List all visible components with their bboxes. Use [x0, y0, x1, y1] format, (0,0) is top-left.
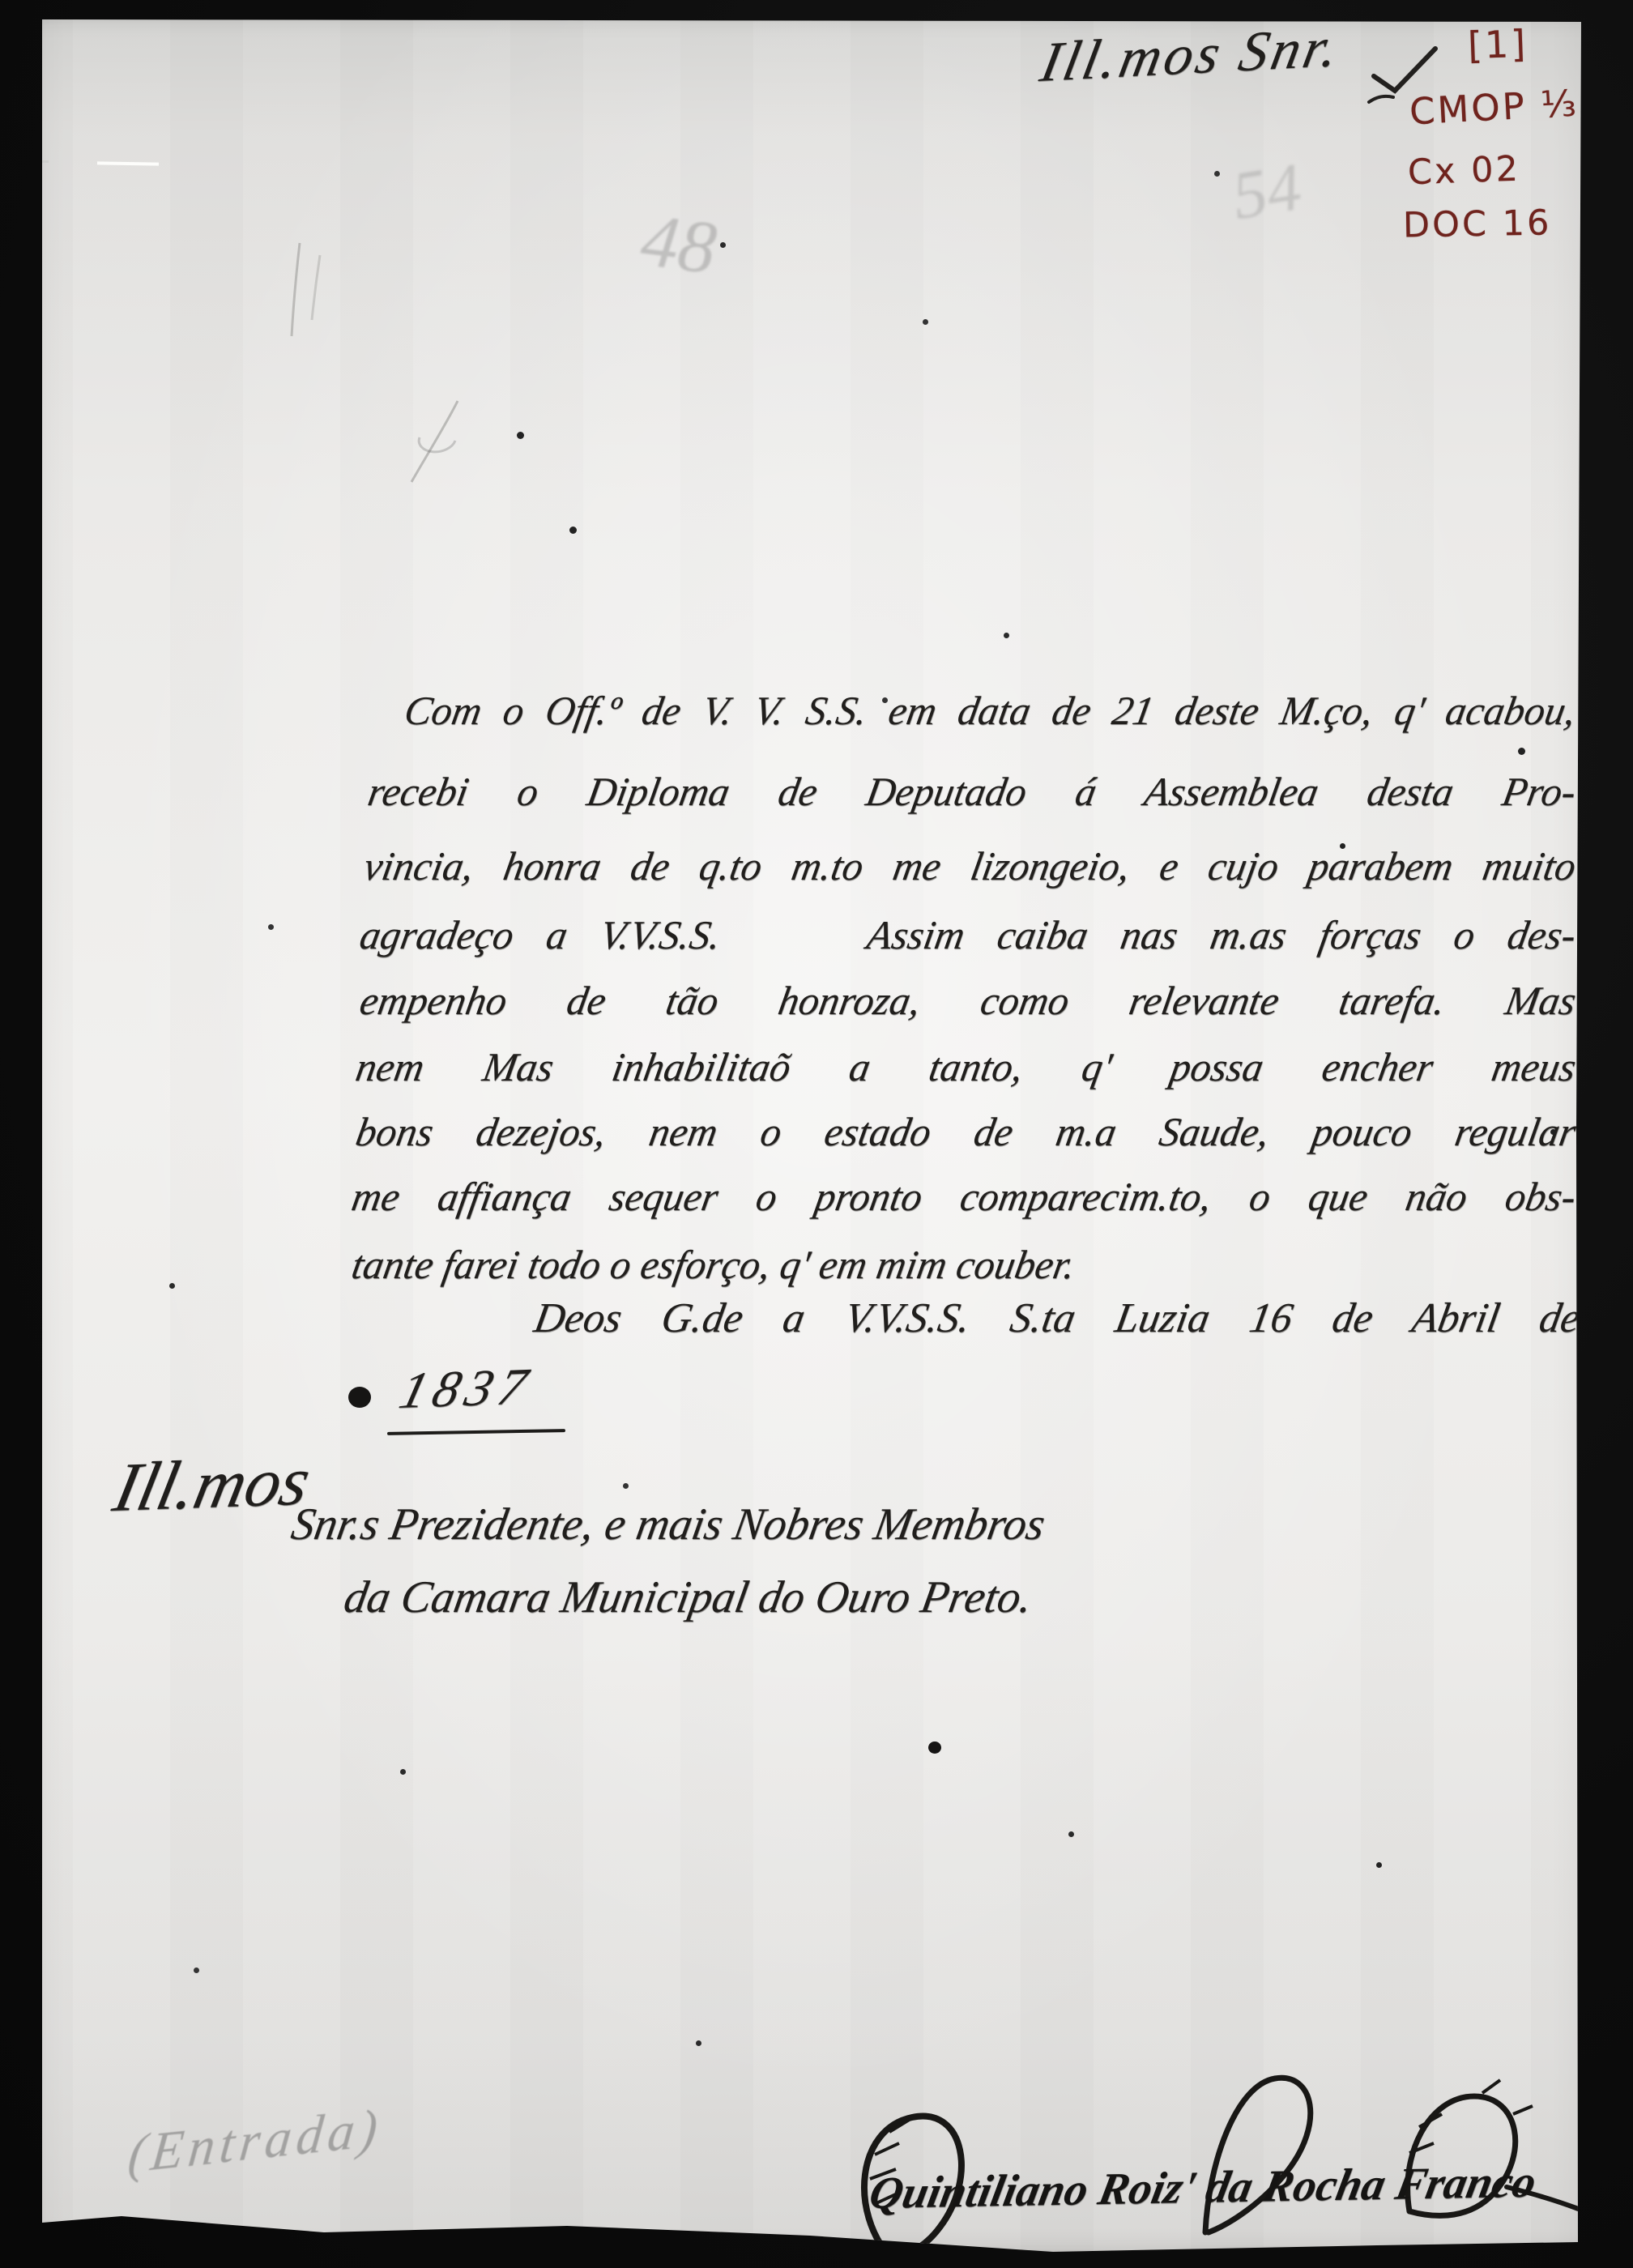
archival-doc-label: DOC 16	[1403, 202, 1552, 245]
address-line: da Camara Municipal do Ouro Preto.	[340, 1571, 1037, 1623]
ink-blot-dot	[348, 1387, 371, 1408]
archival-page-number: [1]	[1467, 22, 1529, 68]
body-line: recebi o Diploma de Deputado á Assemblea…	[365, 768, 1580, 815]
body-line: me affiança sequer o pronto comparecim.t…	[348, 1173, 1580, 1220]
document-scan: Ill.mos Snr. [1] CMOP ⅓ Cx 02 DOC 16 48 …	[0, 0, 1633, 2268]
body-line: agradeço a V.V.S.S. Assim caiba nas m.as…	[356, 911, 1580, 958]
body-line: empenho de tão honroza, como relevante t…	[356, 977, 1580, 1024]
body-line: nem Mas inhabilitaõ a tanto, q' possa en…	[352, 1043, 1580, 1090]
address-intro: Ill.mos	[107, 1440, 318, 1528]
body-line: Com o Off.º de V. V. S.S. em data de 21 …	[401, 687, 1580, 734]
scratch-line	[97, 161, 159, 165]
letter-page: Ill.mos Snr. [1] CMOP ⅓ Cx 02 DOC 16 48 …	[0, 0, 1633, 2268]
body-line: tante farei todo o esforço, q' em mim co…	[348, 1241, 1079, 1288]
dateline: Deos G.de a V.V.S.S. S.ta Luzia 16 de Ab…	[531, 1294, 1584, 1342]
year: 1837	[394, 1356, 539, 1421]
ink-dot-center	[928, 1742, 941, 1754]
pencil-number-54: 54	[1227, 147, 1307, 236]
archival-fonds-code: CMOP ⅓	[1409, 82, 1580, 134]
body-line: vincia, honra de q.to m.to me lizongeio,…	[360, 842, 1580, 889]
year-underline	[387, 1429, 565, 1435]
pencil-number-48: 48	[637, 197, 721, 291]
salutation: Ill.mos Snr.	[1035, 15, 1347, 96]
scratch-line-short	[6, 160, 49, 163]
body-line: bons dezejos, nem o estado de m.a Saude,…	[352, 1108, 1580, 1155]
archival-box-label: Cx 02	[1407, 149, 1521, 194]
ink-specks	[0, 0, 4, 4]
pencil-note-entrada: (Entrada)	[126, 2097, 386, 2186]
pencil-scribble-marks	[275, 235, 486, 494]
address-line: Snr.s Prezidente, e mais Nobres Membros	[288, 1498, 1049, 1550]
